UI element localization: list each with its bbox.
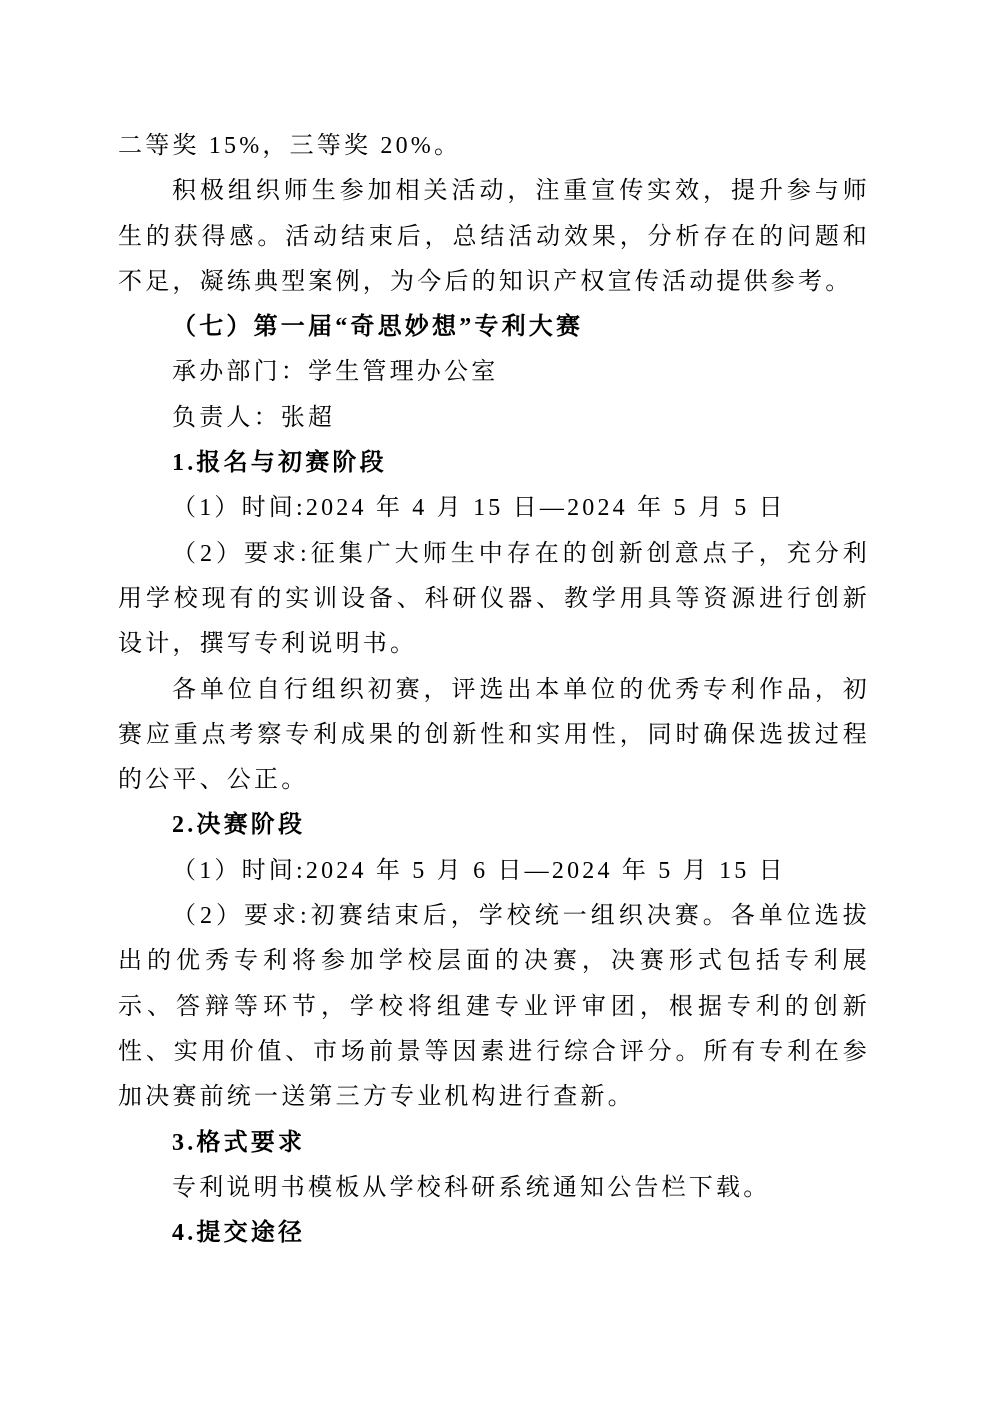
paragraph: （2）要求:初赛结束后，学校统一组织决赛。各单位选拔出的优秀专利将参加学校层面的… — [118, 894, 870, 1120]
section-heading: 4.提交途径 — [118, 1211, 870, 1256]
paragraph: 二等奖 15%，三等奖 20%。 — [118, 124, 870, 169]
paragraph: 各单位自行组织初赛，评选出本单位的优秀专利作品，初赛应重点考察专利成果的创新性和… — [118, 668, 870, 804]
section-heading: 3.格式要求 — [118, 1121, 870, 1166]
paragraph: 积极组织师生参加相关活动，注重宣传实效，提升参与师生的获得感。活动结束后，总结活… — [118, 169, 870, 305]
paragraph: （2）要求:征集广大师生中存在的创新创意点子，充分利用学校现有的实训设备、科研仪… — [118, 532, 870, 668]
paragraph: （1）时间:2024 年 5 月 6 日—2024 年 5 月 15 日 — [118, 849, 870, 894]
section-heading: 1.报名与初赛阶段 — [118, 441, 870, 486]
paragraph: 专利说明书模板从学校科研系统通知公告栏下载。 — [118, 1166, 870, 1211]
document-page: 二等奖 15%，三等奖 20%。积极组织师生参加相关活动，注重宣传实效，提升参与… — [0, 0, 1000, 1414]
section-heading: 2.决赛阶段 — [118, 803, 870, 848]
section-heading: （七）第一届“奇思妙想”专利大赛 — [118, 305, 870, 350]
paragraph: 承办部门：学生管理办公室 — [118, 350, 870, 395]
paragraph: 负责人：张超 — [118, 396, 870, 441]
paragraph: （1）时间:2024 年 4 月 15 日—2024 年 5 月 5 日 — [118, 486, 870, 531]
document-body: 二等奖 15%，三等奖 20%。积极组织师生参加相关活动，注重宣传实效，提升参与… — [118, 124, 870, 1256]
